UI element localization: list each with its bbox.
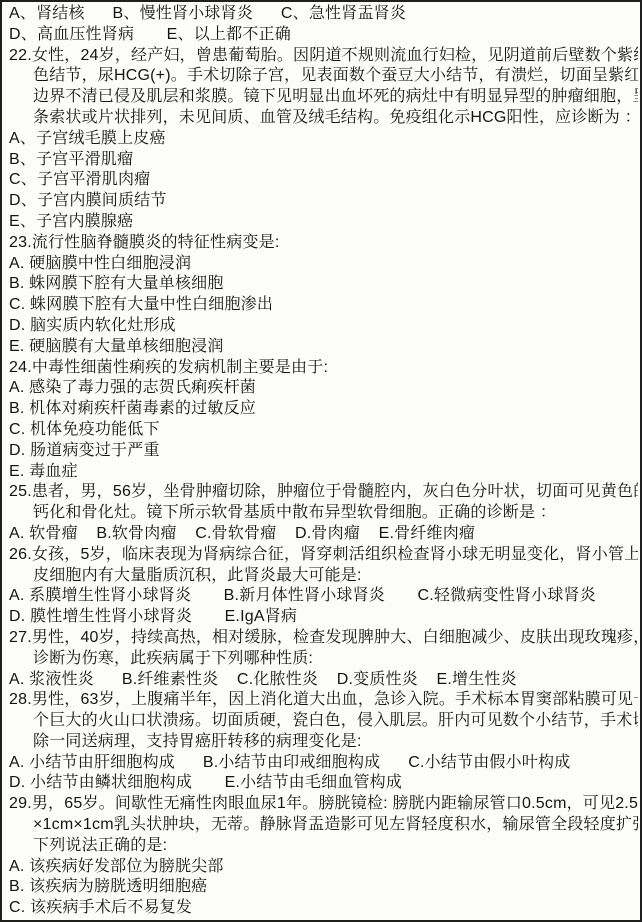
text-line: D、子宫内膜间质结节 (9, 191, 638, 212)
text-line: A. 硬脑膜中性白细胞浸润 (9, 254, 638, 275)
exam-page: A、肾结核 B、慢性肾小球肾炎 C、急性肾盂肾炎D、高血压性肾病 E、以上都不正… (0, 0, 642, 922)
text-line: C. 蛛网膜下腔有大量中性白细胞渗出 (9, 295, 638, 316)
text-line: B. 机体对痢疾杆菌毒素的过敏反应 (9, 399, 638, 420)
text-line: A. 软骨瘤 B.软骨肉瘤 C.骨软骨瘤 D.骨肉瘤 E.骨纤维肉瘤 (9, 524, 638, 545)
text-line: D、高血压性肾病 E、以上都不正确 (9, 25, 638, 46)
text-line: 24.中毒性细菌性痢疾的发病机制主要是由于: (9, 358, 638, 379)
text-line: 条索状或片状排列，未见间质、血管及绒毛结构。免疫组化示HCG阳性，应诊断为 ： (9, 108, 638, 129)
text-line: 皮细胞内有大量脂质沉积，此肾炎最大可能是: (9, 566, 638, 587)
text-line: 除一同送病理，支持胃癌肝转移的病理变化是: (9, 732, 638, 753)
text-line: 25.患者，男，56岁，坐骨肿瘤切除，肿瘤位于骨髓腔内，灰白色分叶状，切面可见黄… (9, 482, 638, 503)
text-line: E、子宫内膜腺癌 (9, 212, 638, 233)
text-line: 色结节，尿HCG(+)。手术切除子宫，见表面数个蚕豆大小结节，有溃烂，切面呈紫红… (9, 66, 638, 87)
text-line: 下列说法正确的是: (9, 836, 638, 857)
text-line: C、子宫平滑肌肉瘤 (9, 170, 638, 191)
text-line: E. 硬脑膜有大量单核细胞浸润 (9, 337, 638, 358)
text-line: 诊断为伤寒，此疾病属于下列哪种性质: (9, 649, 638, 670)
text-line: 27.男性，40岁，持续高热，相对缓脉，检查发现脾肿大、白细胞减少、皮肤出现玫瑰… (9, 628, 638, 649)
text-line: 22.女性，24岁，经产妇，曾患葡萄胎。因阴道不规则流血行妇检，见阴道前后壁数个… (9, 46, 638, 67)
text-line: A. 感染了毒力强的志贺氏痢疾杆菌 (9, 378, 638, 399)
text-line: D. 小结节由鳞状细胞构成 E.小结节由毛细血管构成 (9, 773, 638, 794)
text-line: D. 肠道病变过于严重 (9, 441, 638, 462)
text-line: B. 该疾病为膀胱透明细胞癌 (9, 877, 638, 898)
text-line: ×1cm×1cm乳头状肿块，无蒂。静脉肾盂造影可见左肾轻度积水，输尿管全段轻度扩… (9, 815, 638, 836)
text-line: D. 膜性增生性肾小球肾炎 E.IgA肾病 (9, 607, 638, 628)
text-line: C. 该疾病手术后不易复发 (9, 898, 638, 919)
question-lines: A、肾结核 B、慢性肾小球肾炎 C、急性肾盂肾炎D、高血压性肾病 E、以上都不正… (9, 4, 638, 919)
text-line: B. 蛛网膜下腔有大量单核细胞 (9, 274, 638, 295)
text-line: 23.流行性脑脊髓膜炎的特征性病变是: (9, 233, 638, 254)
text-line: 边界不清已侵及肌层和浆膜。镜下见明显出血坏死的病灶中有明显异型的肿瘤细胞，呈 (9, 87, 638, 108)
text-line: 28.男性，63岁，上腹痛半年，因上消化道大出血，急诊入院。手术标本胃窦部粘膜可… (9, 690, 638, 711)
text-line: 个巨大的火山口状溃疡。切面质硬，瓷白色，侵入肌层。肝内可见数个小结节，手术切 (9, 711, 638, 732)
text-line: B、子宫平滑肌瘤 (9, 150, 638, 171)
text-line: A. 浆液性炎 B.纤维素性炎 C.化脓性炎 D.变质性炎 E.增生性炎 (9, 670, 638, 691)
text-line: A. 该疾病好发部位为膀胱尖部 (9, 857, 638, 878)
text-line: C. 机体免疫功能低下 (9, 420, 638, 441)
text-line: 29.男，65岁。间歇性无痛性肉眼血尿1年。膀胱镜检: 膀胱内距输尿管口0.5c… (9, 794, 638, 815)
text-line: A. 系膜增生性肾小球肾炎 B.新月体性肾小球肾炎 C.轻微病变性肾小球肾炎 (9, 586, 638, 607)
text-line: 钙化和骨化灶。镜下所示软骨基质中散布异型软骨细胞。正确的诊断是 ： (9, 503, 638, 524)
text-line: E. 毒血症 (9, 462, 638, 483)
text-line: A、肾结核 B、慢性肾小球肾炎 C、急性肾盂肾炎 (9, 4, 638, 25)
text-line: A、子宫绒毛膜上皮癌 (9, 129, 638, 150)
text-line: D. 脑实质内软化灶形成 (9, 316, 638, 337)
text-line: A. 小结节由肝细胞构成 B.小结节由印戒细胞构成 C.小结节由假小叶构成 (9, 753, 638, 774)
text-line: 26.女孩，5岁，临床表现为肾病综合征，肾穿刺活组织检查肾小球无明显变化，肾小管… (9, 545, 638, 566)
